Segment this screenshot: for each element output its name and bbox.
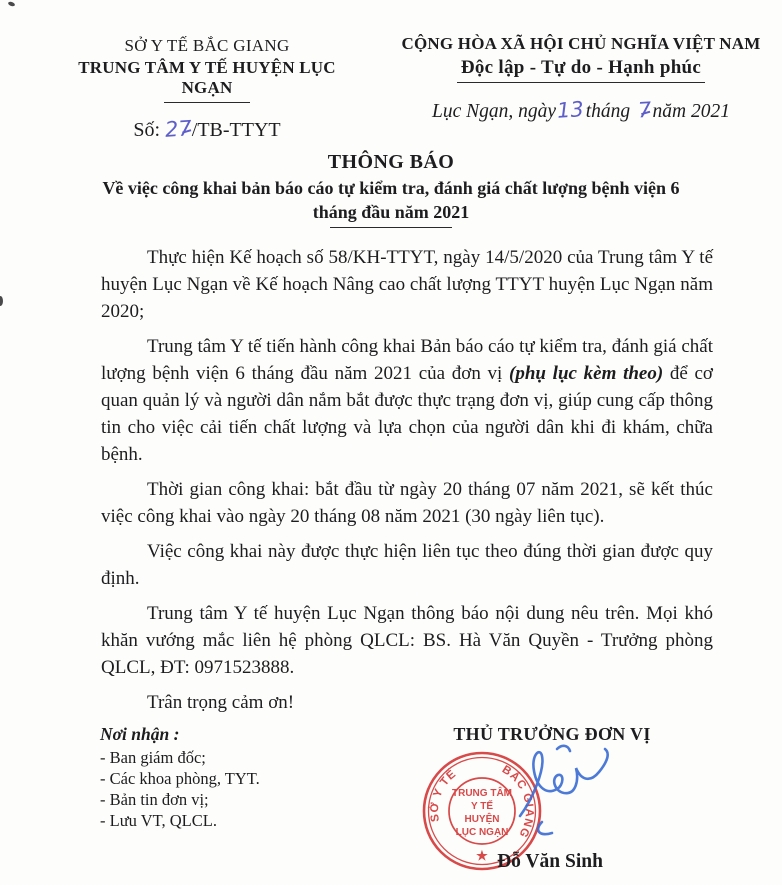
recipient-item: - Bản tin đơn vị; [100,790,260,810]
stamp-inner-line1: TRUNG TÂM [452,786,512,799]
document-number-suffix: /TB-TTYT [192,119,281,141]
closing-line: Trân trọng cảm ơn! [101,689,713,716]
recipient-item: - Lưu VT, QLCL. [100,811,260,831]
title-block: THÔNG BÁO Về việc công khai bản báo cáo … [48,151,734,228]
national-motto: Độc lập - Tự do - Hạnh phúc [457,57,705,83]
title-underline [330,227,452,228]
paragraph-2-emphasis: (phụ lục kèm theo) [509,363,663,384]
recipient-item: - Ban giám đốc; [100,748,260,768]
paragraph-4: Việc công khai này được thực hiện liên t… [101,538,713,592]
national-title: CỘNG HÒA XÃ HỘI CHỦ NGHĨA VIỆT NAM [392,34,770,54]
agency-underline [164,102,250,103]
subtitle-line1: Về việc công khai bản báo cáo tự kiểm tr… [102,178,679,198]
document-page: SỞ Y TẾ BẮC GIANG TRUNG TÂM Y TẾ HUYỆN L… [0,0,782,885]
date-between: tháng [586,101,630,122]
signature-block: THỦ TRƯỞNG ĐƠN VỊ SỞ Y TẾ BẮC GIANG TRUN… [400,724,770,745]
signer-name: Đỗ Văn Sinh [400,851,700,873]
place-date-line: Lục Ngạn, ngày13tháng7năm 2021 [392,100,770,123]
handwritten-document-number: 27 [164,118,192,141]
paragraph-3: Thời gian công khai: bắt đầu từ ngày 20 … [101,476,713,530]
stamp-inner-line4: LỤC NGẠN [456,827,509,838]
handwritten-signature [512,742,632,842]
national-header-block: CỘNG HÒA XÃ HỘI CHỦ NGHĨA VIỆT NAM Độc l… [392,34,770,123]
document-subtitle: Về việc công khai bản báo cáo tự kiểm tr… [48,176,734,224]
parent-agency-name: SỞ Y TẾ BẮC GIANG [52,36,362,56]
document-number: Số: 27/TB-TTYT [52,119,362,142]
scan-artifact [8,1,16,7]
document-title: THÔNG BÁO [48,151,734,174]
paragraph-1: Thực hiện Kế hoạch số 58/KH-TTYT, ngày 1… [101,244,713,325]
scan-artifact [0,296,3,306]
date-prefix: Lục Ngạn, ngày [432,101,556,122]
recipients-heading: Nơi nhận : [100,724,260,744]
stamp-inner-line3: HUYỆN [464,812,499,825]
stamp-inner-line2: Y TẾ [471,799,493,812]
date-suffix: năm 2021 [653,101,730,122]
recipients-block: Nơi nhận : - Ban giám đốc; - Các khoa ph… [100,724,260,831]
handwritten-month: 7 [637,100,652,122]
agency-name: TRUNG TÂM Y TẾ HUYỆN LỤC NGẠN [52,58,362,98]
document-body: Thực hiện Kế hoạch số 58/KH-TTYT, ngày 1… [101,244,713,724]
recipient-item: - Các khoa phòng, TYT. [100,769,260,789]
subtitle-line2: tháng đầu năm 2021 [313,202,470,222]
document-number-label: Số: [133,119,160,141]
paragraph-2: Trung tâm Y tế tiến hành công khai Bản b… [101,333,713,468]
issuing-agency-block: SỞ Y TẾ BẮC GIANG TRUNG TÂM Y TẾ HUYỆN L… [52,36,362,142]
handwritten-day: 13 [556,99,584,122]
paragraph-5: Trung tâm Y tế huyện Lục Ngạn thông báo … [101,600,713,681]
